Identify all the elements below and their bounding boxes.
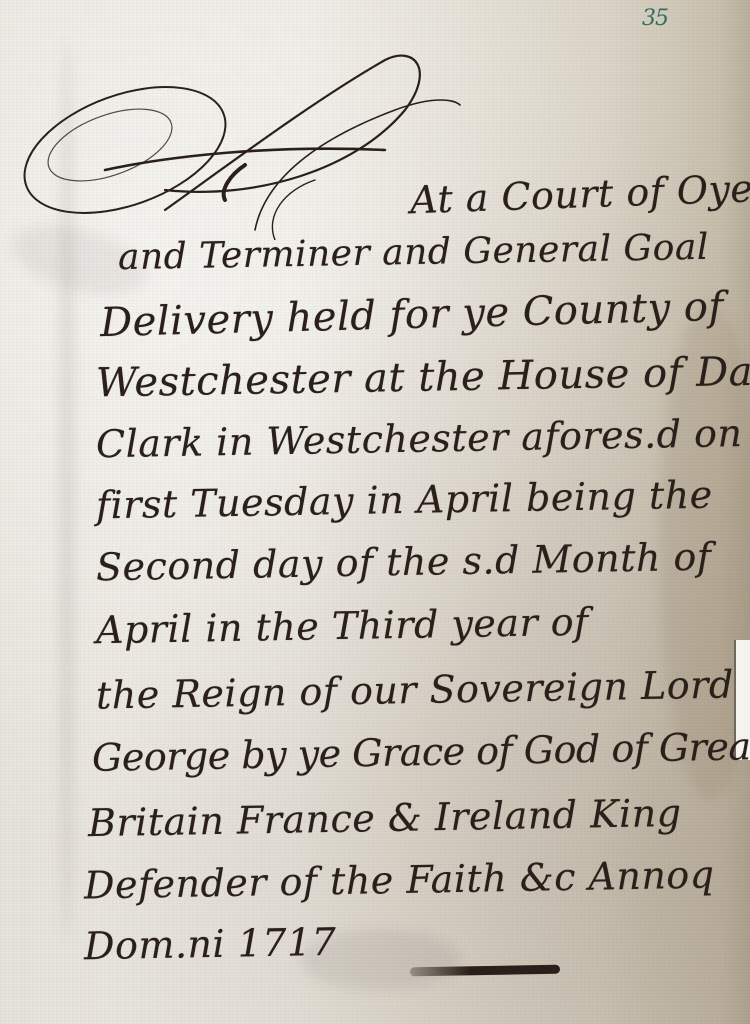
manuscript-line: first Tuesday in April being the [96,473,713,528]
manuscript-line: Clark in Westchester afores.d on the [96,410,750,467]
manuscript-line: Britain France & Ireland King [88,791,682,845]
folio-number: 35 [642,6,668,31]
manuscript-line: Second day of the s.d Month of [96,535,712,590]
manuscript-line: George by ye Grace of God of Great [92,724,750,780]
closing-pen-stroke [410,965,560,977]
manuscript-line: Westchester at the House of Daniel [96,348,750,407]
manuscript-line: Delivery held for ye County of [100,284,725,346]
manuscript-date-line: Dom.ni 1717 [84,920,337,968]
manuscript-page: 35 At a Court of Oyer and Terminer and G… [0,0,750,1024]
manuscript-line: the Reign of our Sovereign Lord [96,662,734,717]
manuscript-line: Defender of the Faith &c Annoq [84,853,715,908]
manuscript-line: April in the Third year of [96,600,589,653]
